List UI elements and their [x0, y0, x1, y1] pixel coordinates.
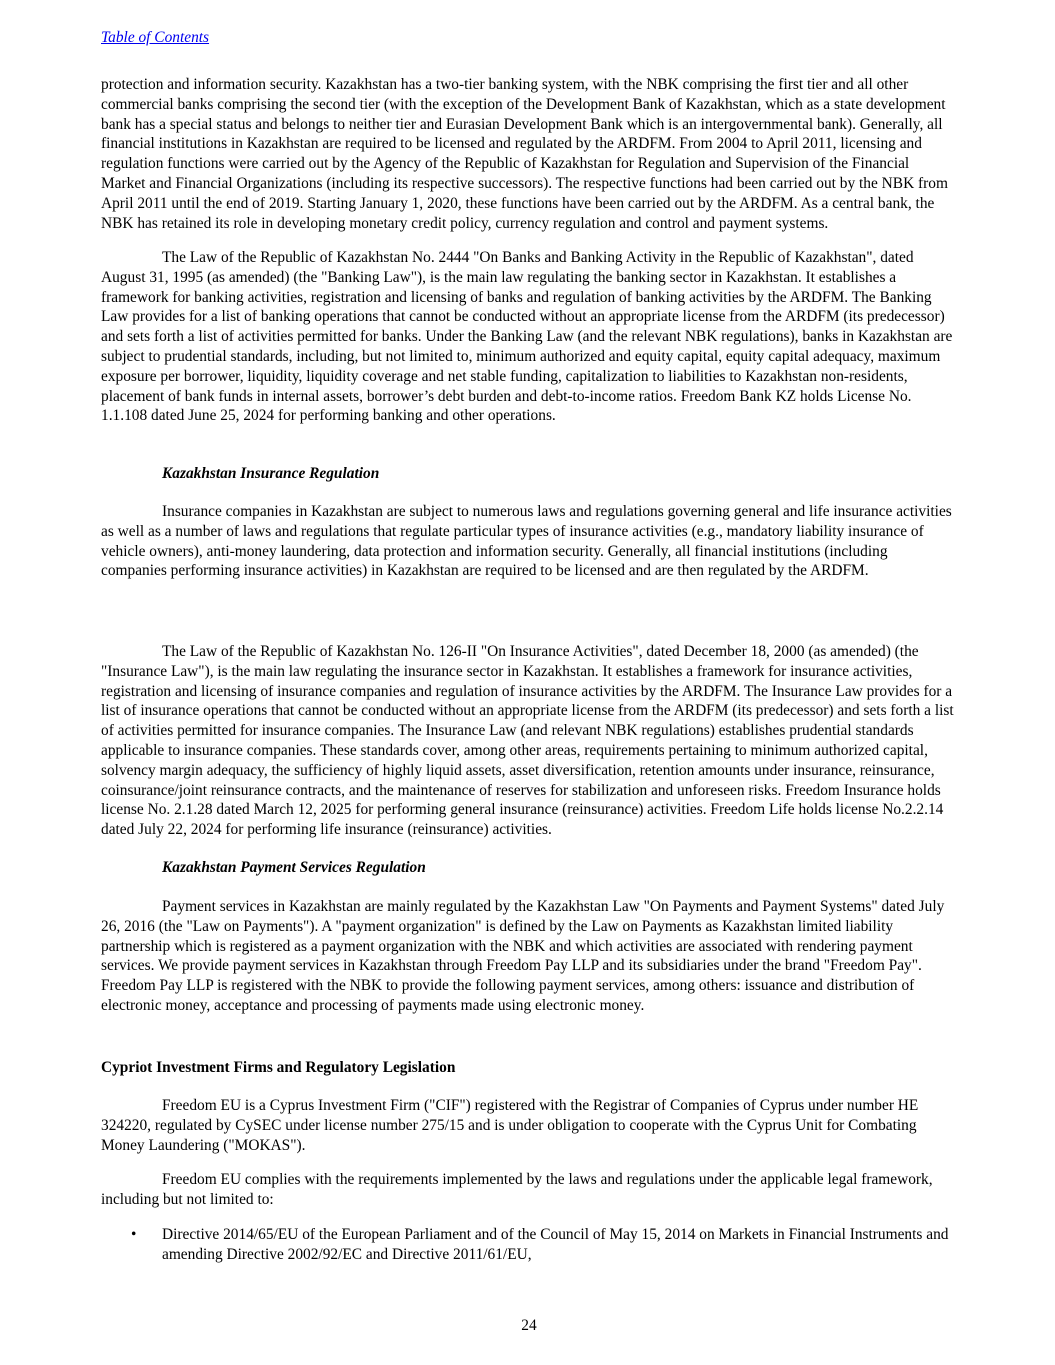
bullet-icon: •	[131, 1225, 136, 1245]
page-number: 24	[101, 1316, 957, 1336]
banking-law-paragraph: The Law of the Republic of Kazakhstan No…	[101, 248, 957, 426]
insurance-regulation-heading: Kazakhstan Insurance Regulation	[101, 464, 1018, 484]
payment-services-paragraph: Payment services in Kazakhstan are mainl…	[101, 897, 957, 1016]
table-of-contents-link[interactable]: Table of Contents	[101, 28, 209, 48]
banking-paragraph-continued: protection and information security. Kaz…	[101, 75, 957, 233]
payment-services-heading: Kazakhstan Payment Services Regulation	[101, 858, 1018, 878]
freedom-eu-compliance-paragraph: Freedom EU complies with the requirement…	[101, 1170, 957, 1210]
cypriot-section-heading: Cypriot Investment Firms and Regulatory …	[101, 1058, 957, 1078]
insurance-paragraph-1: Insurance companies in Kazakhstan are su…	[101, 502, 957, 581]
insurance-law-paragraph: The Law of the Republic of Kazakhstan No…	[101, 642, 957, 840]
list-item-directive-2014-65: • Directive 2014/65/EU of the European P…	[101, 1225, 957, 1265]
freedom-eu-paragraph: Freedom EU is a Cyprus Investment Firm (…	[101, 1096, 957, 1155]
list-item-text: Directive 2014/65/EU of the European Par…	[162, 1225, 957, 1265]
